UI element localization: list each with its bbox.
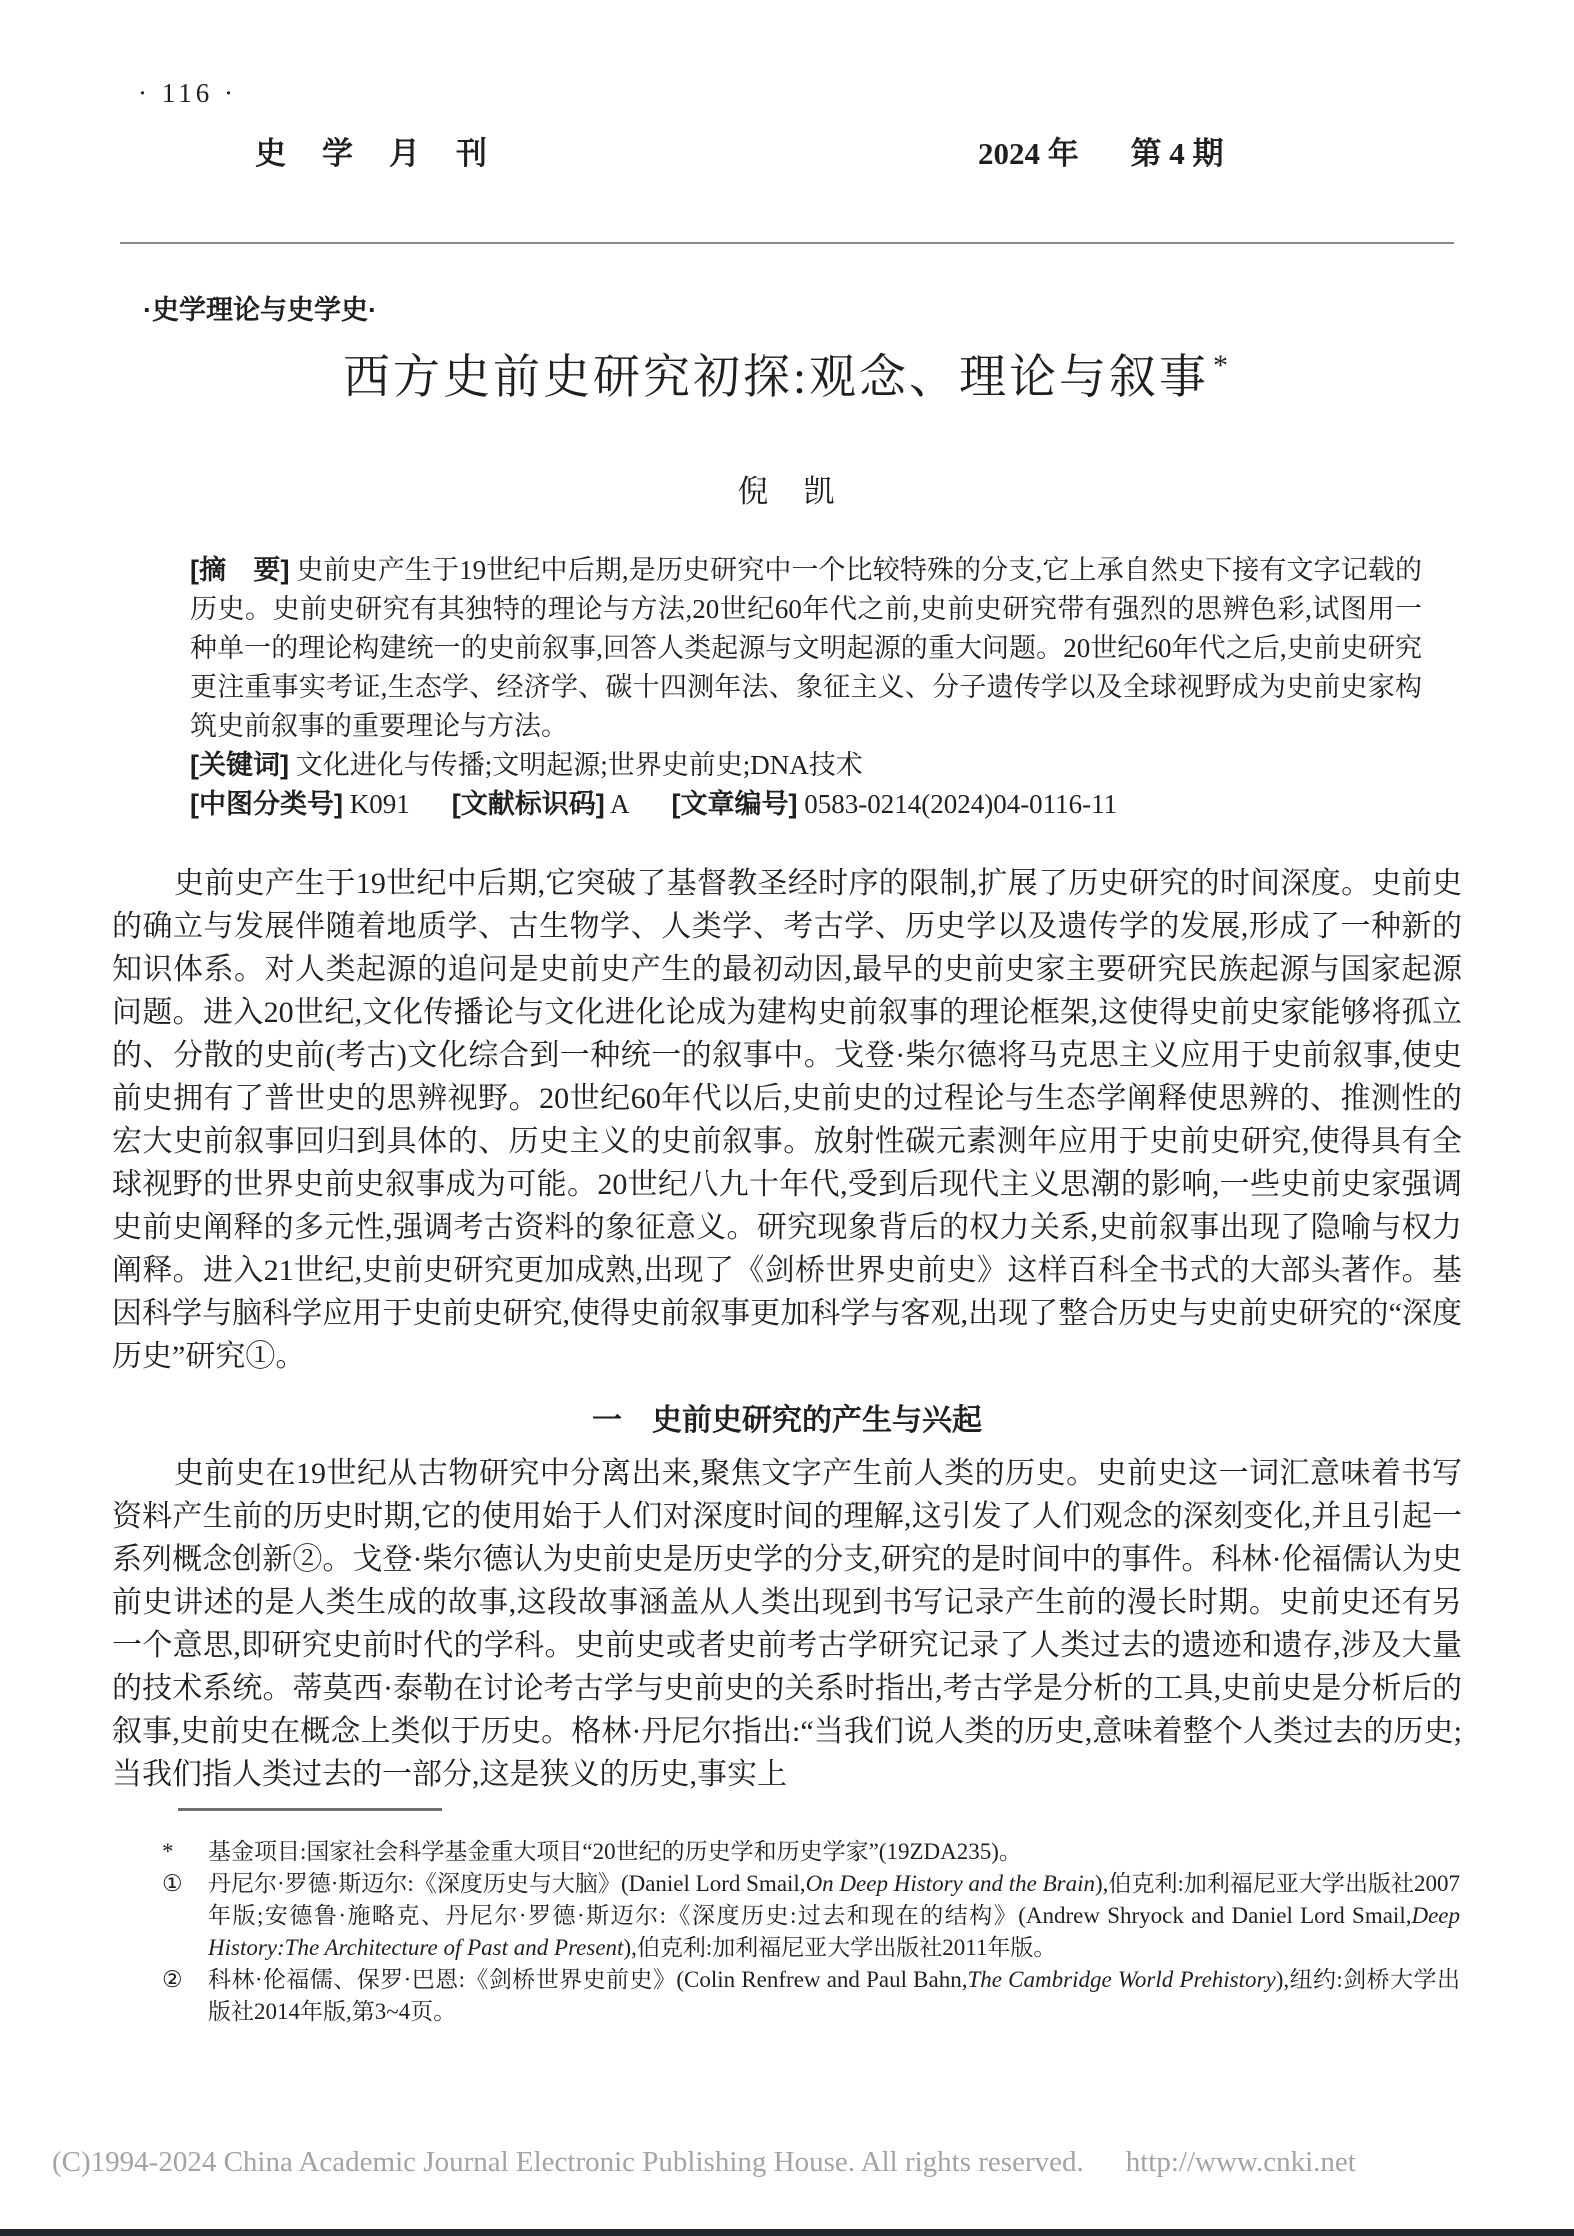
keywords-paragraph: [关键词] 文化进化与传播;文明起源;世界史前史;DNA技术	[190, 746, 1422, 785]
footnote-divider	[178, 1808, 442, 1811]
keywords-label: [关键词]	[190, 750, 289, 780]
abstract-paragraph: [摘 要] 史前史产生于19世纪中后期,是历史研究中一个比较特殊的分支,它上承自…	[190, 551, 1422, 746]
journal-name: 史学月刊	[255, 128, 523, 173]
footnotes: *基金项目:国家社会科学基金重大项目“20世纪的历史学和历史学家”(19ZDA2…	[160, 1836, 1460, 2028]
clc-value: K091	[350, 789, 410, 819]
article-id-value: 0583-0214(2024)04-0116-11	[804, 789, 1117, 819]
header-divider	[120, 242, 1454, 244]
article-title: 西方史前史研究初探:观念、理论与叙事*	[0, 340, 1574, 407]
bottom-scan-bar	[0, 2229, 1574, 2236]
copyright-text: (C)1994-2024 China Academic Journal Elec…	[52, 2146, 1084, 2178]
section-heading-1: 一 史前史研究的产生与兴起	[0, 1395, 1574, 1439]
journal-header: 史学月刊 2024 年 第 4 期	[120, 128, 1454, 172]
body-paragraph-1: 史前史产生于19世纪中后期,它突破了基督教圣经时序的限制,扩展了历史研究的时间深…	[112, 862, 1462, 1378]
meta-block: [摘 要] 史前史产生于19世纪中后期,是历史研究中一个比较特殊的分支,它上承自…	[190, 551, 1422, 824]
cnki-url: http://www.cnki.net	[1126, 2146, 1356, 2178]
journal-issue: 第 4 期	[1131, 136, 1224, 171]
footnote-text: 科林·伦福儒、保罗·巴恩:《剑桥世界史前史》(Colin Renfrew and…	[208, 1967, 1460, 2024]
footnote-item: ①丹尼尔·罗德·斯迈尔:《深度历史与大脑》(Daniel Lord Smail,…	[160, 1868, 1460, 1964]
classification-paragraph: [中图分类号] K091[文献标识码] A[文章编号] 0583-0214(20…	[190, 785, 1422, 824]
footnote-marker: ②	[162, 1964, 183, 1996]
clc-label: [中图分类号]	[190, 789, 343, 819]
footnote-marker: ①	[162, 1868, 183, 1900]
footnote-text: 丹尼尔·罗德·斯迈尔:《深度历史与大脑》(Daniel Lord Smail,O…	[208, 1871, 1460, 1960]
article-id-label: [文章编号]	[671, 789, 797, 819]
abstract-text: 史前史产生于19世纪中后期,是历史研究中一个比较特殊的分支,它上承自然史下接有文…	[190, 555, 1422, 741]
keywords-text: 文化进化与传播;文明起源;世界史前史;DNA技术	[296, 750, 863, 780]
doc-code-value: A	[610, 789, 630, 819]
column-label: ·史学理论与史学史·	[143, 288, 377, 327]
journal-page: · 116 · 史学月刊 2024 年 第 4 期 ·史学理论与史学史· 西方史…	[0, 0, 1574, 2236]
footnote-item: *基金项目:国家社会科学基金重大项目“20世纪的历史学和历史学家”(19ZDA2…	[160, 1836, 1460, 1868]
journal-issue-group: 2024 年 第 4 期	[978, 128, 1224, 173]
cnki-copyright-line: (C)1994-2024 China Academic Journal Elec…	[52, 2146, 1356, 2179]
journal-year: 2024 年	[978, 136, 1079, 171]
footnote-item: ②科林·伦福儒、保罗·巴恩:《剑桥世界史前史》(Colin Renfrew an…	[160, 1964, 1460, 2028]
footnote-text: 基金项目:国家社会科学基金重大项目“20世纪的历史学和历史学家”(19ZDA23…	[208, 1839, 1022, 1864]
author-name: 倪 凯	[0, 466, 1574, 511]
body-paragraph-2: 史前史在19世纪从古物研究中分离出来,聚焦文字产生前人类的历史。史前史这一词汇意…	[112, 1452, 1462, 1796]
doc-code-label: [文献标识码]	[452, 789, 605, 819]
article-title-text: 西方史前史研究初探:观念、理论与叙事	[343, 352, 1209, 404]
footnote-marker: *	[162, 1836, 174, 1868]
title-footnote-marker: *	[1213, 349, 1231, 382]
abstract-label: [摘 要]	[190, 555, 289, 585]
page-number: · 116 ·	[138, 78, 237, 109]
